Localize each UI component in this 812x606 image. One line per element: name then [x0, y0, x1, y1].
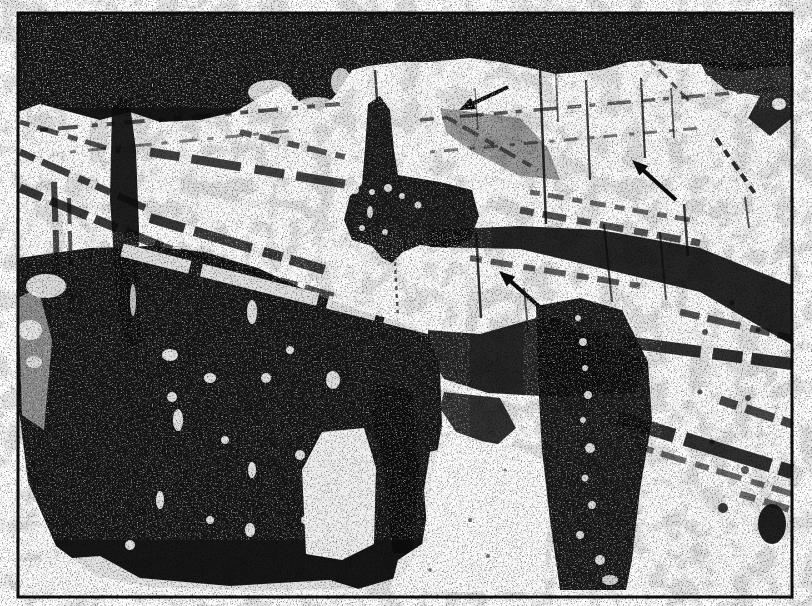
grain-white-specks-column — [530, 300, 655, 592]
grain-white-specks-mass — [18, 246, 448, 526]
grain-white-specks-center — [344, 96, 484, 256]
micrograph-content-layer — [18, 13, 792, 597]
grain-white-specks-topband — [18, 13, 792, 103]
micrograph-image — [0, 0, 812, 606]
scanned-page — [0, 0, 812, 606]
